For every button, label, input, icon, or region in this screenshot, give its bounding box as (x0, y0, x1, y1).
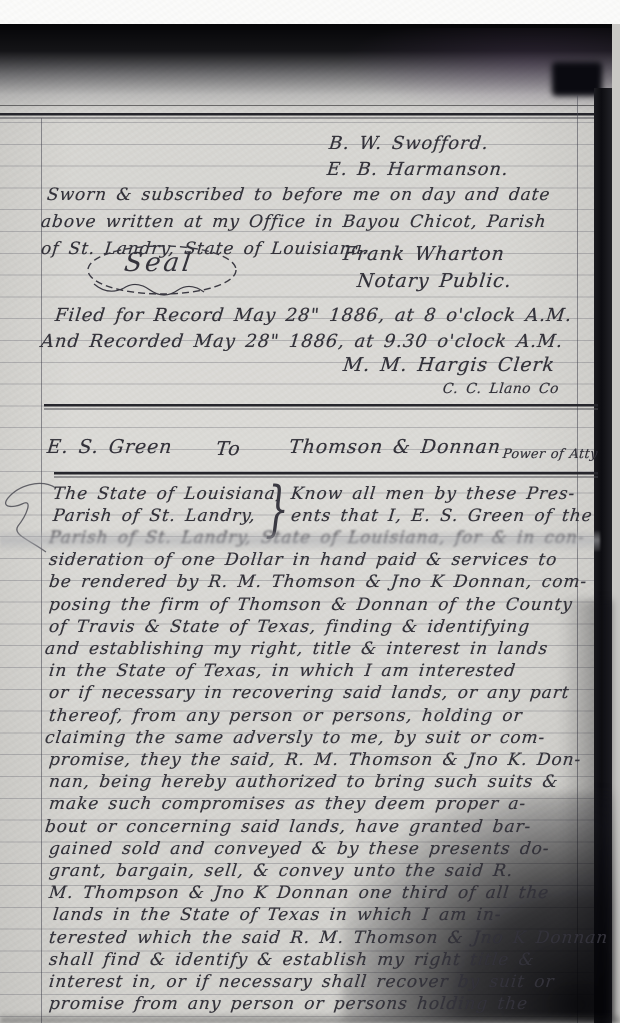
deed-line: lands in the State of Texas in which I a… (52, 905, 502, 925)
record-divider-bottom (54, 472, 598, 479)
deed-line: in the State of Texas, in which I am int… (48, 661, 517, 681)
top-double-rule (0, 113, 620, 120)
deed-line: Parish of St. Landry, State of Louisiana… (48, 528, 586, 548)
seal-label: Seal (78, 248, 240, 278)
grantor-name: E. S. Green (46, 436, 174, 458)
deed-line: sideration of one Dollar in hand paid & … (48, 550, 558, 570)
grantee-name: Thomson & Donnan (288, 436, 502, 458)
clerk-signature: M. M. Hargis Clerk (342, 354, 556, 376)
notary-seal-scribble: Seal (80, 240, 252, 304)
filed-for-record-line: Filed for Record May 28" 1886, at 8 o'cl… (54, 305, 573, 326)
deed-line: nan, being hereby authorized to bring su… (48, 772, 560, 792)
deed-line: promise from any person or persons holdi… (48, 994, 529, 1014)
record-divider-top (44, 404, 598, 411)
caption-parish-line: Parish of St. Landry, (52, 506, 257, 526)
deed-line: ents that I, E. S. Green of the (290, 506, 594, 526)
notary-name: Frank Wharton (342, 243, 506, 265)
scan-bottom-shadow (0, 1013, 620, 1023)
caption-state-line: The State of Louisiana, (52, 484, 283, 504)
deed-line: claiming the same adversly to me, by sui… (44, 728, 546, 748)
deed-line: promise, they the said, R. M. Thomson & … (48, 750, 582, 770)
deed-line: or if necessary in recovering said lands… (48, 683, 571, 703)
page-edge-gray (612, 24, 620, 1023)
signature-swofford: B. W. Swofford. (328, 133, 490, 154)
deed-line: bout or concerning said lands, have gran… (44, 817, 532, 837)
deed-line: of Travis & State of Texas, finding & id… (48, 617, 531, 637)
deed-line: grant, bargain, sell, & convey unto the … (48, 861, 514, 881)
deed-line: M. Thompson & Jno K Donnan one third of … (48, 883, 550, 903)
deed-line: terested which the said R. M. Thomson & … (48, 928, 609, 948)
notary-title: Notary Public. (356, 270, 513, 292)
signature-harmanson: E. B. Harmanson. (326, 159, 510, 180)
deed-line: Know all men by these Pres- (290, 484, 576, 504)
recorded-line: And Recorded May 28" 1886, at 9.30 o'clo… (40, 331, 564, 352)
deed-line: make such compromises as they deem prope… (48, 794, 527, 814)
jurat-line: Sworn & subscribed to before me on day a… (46, 185, 551, 205)
page-top-hairline (0, 105, 620, 106)
deed-line: thereof, from any person or persons, hol… (48, 706, 524, 726)
deed-line: interest in, or if necessary shall recov… (48, 972, 555, 992)
deed-line: and establishing my right, title & inter… (44, 639, 549, 659)
deed-line: be rendered by R. M. Thomson & Jno K Don… (48, 572, 588, 592)
jurat-line: above written at my Office in Bayou Chic… (40, 212, 548, 232)
deed-line: posing the firm of Thomson & Donnan of t… (48, 595, 574, 615)
deed-line: shall find & identify & establish my rig… (48, 950, 536, 970)
grantor-grantee-connector: To (215, 438, 242, 460)
instrument-type: Power of Atty (502, 447, 598, 462)
deed-line: gained sold and conveyed & by these pres… (48, 839, 551, 859)
clerk-office: C. C. Llano Co (442, 381, 560, 397)
scanned-deed-page: B. W. Swofford. E. B. Harmanson. Sworn &… (0, 0, 620, 1023)
